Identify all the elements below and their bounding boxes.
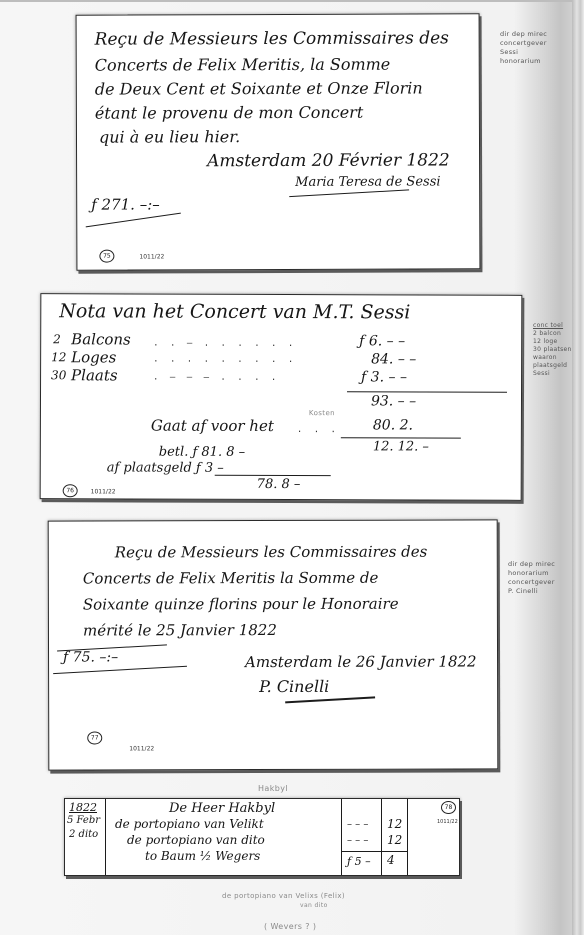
page-binding-shadow: [572, 0, 584, 935]
archive-ref-78: 1011/22: [437, 819, 458, 825]
nota-calc-line-2: af plaatsgeld ƒ 3 –: [107, 460, 224, 475]
nota-item-amount: 84. – –: [371, 351, 416, 367]
receipt-slip-75: Reçu de Messieurs les Commissaires des C…: [76, 13, 481, 270]
receipt-75-line-2: Concerts de Felix Meritis, la Somme: [95, 55, 391, 75]
amount-column-rule-b: [381, 799, 382, 875]
receipt-slip-77: Reçu de Messieurs les Commissaires des C…: [48, 519, 499, 770]
folio-number-76: 76: [63, 484, 78, 497]
margin-note-76: conc toel 2 balcon 12 loge 30 plaatsen w…: [533, 322, 572, 378]
invoice-date-month: 5 Febr: [67, 815, 100, 826]
bottom-note-line-3: ( Wevers ? ): [264, 922, 316, 931]
receipt-77-place-date: Amsterdam le 26 Janvier 1822: [245, 652, 477, 671]
receipt-77-line-2: Concerts de Felix Meritis la Somme de: [83, 569, 379, 588]
receipt-75-line-3: de Deux Cent et Soixante et Onze Florin: [95, 78, 423, 98]
note-line: 2 balcon: [533, 330, 572, 338]
invoice-line-2: de portopiano van Velikt: [115, 817, 264, 831]
receipt-77-signature: P. Cinelli: [259, 677, 329, 696]
margin-note-75: dir dep mirec concertgever Sessi honorar…: [500, 30, 547, 66]
nota-item-qty: 2: [53, 332, 61, 346]
folio-number-75: 75: [99, 250, 114, 263]
receipt-75-place-date: Amsterdam 20 Février 1822: [207, 150, 450, 171]
nota-item-qty: 30: [51, 368, 66, 382]
signature-flourish: [289, 189, 409, 197]
receipt-77-line-3: Soixante quinze florins pour le Honorair…: [83, 595, 399, 614]
nota-deduction: 80. 2.: [373, 417, 413, 433]
note-line: plaatsgeld: [533, 362, 572, 370]
receipt-77-line-1: Reçu de Messieurs les Commissaires des: [115, 543, 428, 562]
receipt-75-signature: Maria Teresa de Sessi: [295, 174, 440, 190]
leader-dots: . – – – . . . .: [153, 373, 279, 383]
folio-number-78: 78: [441, 801, 456, 814]
invoice-line-1: De Heer Hakbyl: [169, 801, 275, 816]
scanned-archive-page: Reçu de Messieurs les Commissaires des C…: [0, 0, 584, 935]
nota-slip-76: Nota van het Concert van M.T. Sessi 2 Ba…: [40, 293, 523, 501]
nota-item-amount: ƒ 3. – –: [361, 369, 407, 385]
note-line: concertgever: [508, 578, 555, 587]
folio-number-77: 77: [87, 731, 102, 744]
margin-note-77: dir dep mirec honorarium concertgever P.…: [508, 560, 555, 596]
invoice-line-3: de portopiano van dito: [127, 833, 265, 847]
amount-column-rule-a: [341, 799, 342, 875]
result-rule: [341, 437, 461, 438]
leader-dots: . . .: [297, 425, 339, 435]
invoice-date-year: 1822: [69, 801, 97, 814]
invoice-col-b: 12: [387, 833, 402, 847]
archive-ref-76: 1011/22: [91, 488, 116, 495]
nota-item-qty: 12: [51, 350, 66, 364]
note-line: honorarium: [508, 569, 555, 578]
note-line: Sessi: [500, 48, 547, 57]
page-top-edge: [0, 0, 584, 2]
nota-item-label: Balcons: [71, 330, 131, 348]
signature-underline: [285, 696, 375, 703]
receipt-75-line-4: étant le provenu de mon Concert: [95, 103, 363, 123]
note-line: concertgever: [500, 39, 547, 48]
invoice-col-b: 4: [387, 853, 395, 867]
amount-total-rule: [341, 851, 407, 852]
note-line: dir dep mirec: [500, 30, 547, 39]
nota-item-label: Plaats: [71, 366, 118, 384]
archive-ref-75: 1011/22: [139, 253, 164, 260]
note-line: conc toel: [533, 322, 572, 330]
invoice-col-a: – – –: [347, 835, 368, 846]
note-line: P. Cinelli: [508, 587, 555, 596]
bottom-note-line-2: van dito: [300, 902, 328, 909]
receipt-75-line-5: qui à eu lieu hier.: [99, 127, 240, 146]
receipt-77-amount: ƒ 75. –:–: [63, 649, 118, 665]
note-line: 30 plaatsen: [533, 346, 572, 354]
note-line: honorarium: [500, 57, 547, 66]
receipt-77-line-4: mérité le 25 Janvier 1822: [83, 621, 277, 640]
pencil-annotation-hakbyl: Hakbyl: [258, 784, 288, 793]
amount-underline: [86, 213, 181, 228]
invoice-line-4: to Baum ½ Wegers: [145, 849, 260, 863]
note-line: Sessi: [533, 370, 572, 378]
bottom-note-line-1: de portopiano van Velixs (Felix): [222, 892, 345, 900]
note-line: dir dep mirec: [508, 560, 555, 569]
invoice-col-b: 12: [387, 817, 402, 831]
date-column-rule: [105, 799, 106, 875]
nota-calc-total: 78. 8 –: [257, 477, 301, 492]
nota-calc-line-1: betl. ƒ 81. 8 –: [159, 445, 245, 460]
leader-dots: . . – . . . . . .: [153, 339, 296, 349]
invoice-col-a: – – –: [347, 819, 368, 830]
leader-dots: . . . . . . . . .: [153, 355, 296, 365]
receipt-75-line-1: Reçu de Messieurs les Commissaires des: [95, 28, 449, 49]
note-line: 12 loge: [533, 338, 572, 346]
note-line: waaron: [533, 354, 572, 362]
pencil-annotation-kosten: Kosten: [309, 409, 335, 417]
calc-rule: [215, 475, 331, 476]
invoice-slip-78: 1822 5 Febr 2 dito De Heer Hakbyl de por…: [64, 798, 460, 876]
nota-item-amount: ƒ 6. – –: [359, 333, 405, 349]
nota-deduction-label: Gaat af voor het: [151, 417, 274, 435]
nota-subtotal: 93. – –: [371, 393, 416, 409]
amount-underline: [53, 666, 187, 674]
nota-heading: Nota van het Concert van M.T. Sessi: [59, 300, 410, 323]
receipt-75-amount: ƒ 271. –:–: [91, 195, 160, 213]
invoice-date-ditto: 2 dito: [69, 829, 98, 840]
nota-item-label: Loges: [71, 348, 116, 366]
nota-result: 12. 12. –: [373, 439, 429, 454]
archive-ref-77: 1011/22: [129, 745, 154, 752]
invoice-col-a: ƒ 5 –: [347, 855, 371, 868]
amount-column-rule-c: [407, 799, 408, 875]
